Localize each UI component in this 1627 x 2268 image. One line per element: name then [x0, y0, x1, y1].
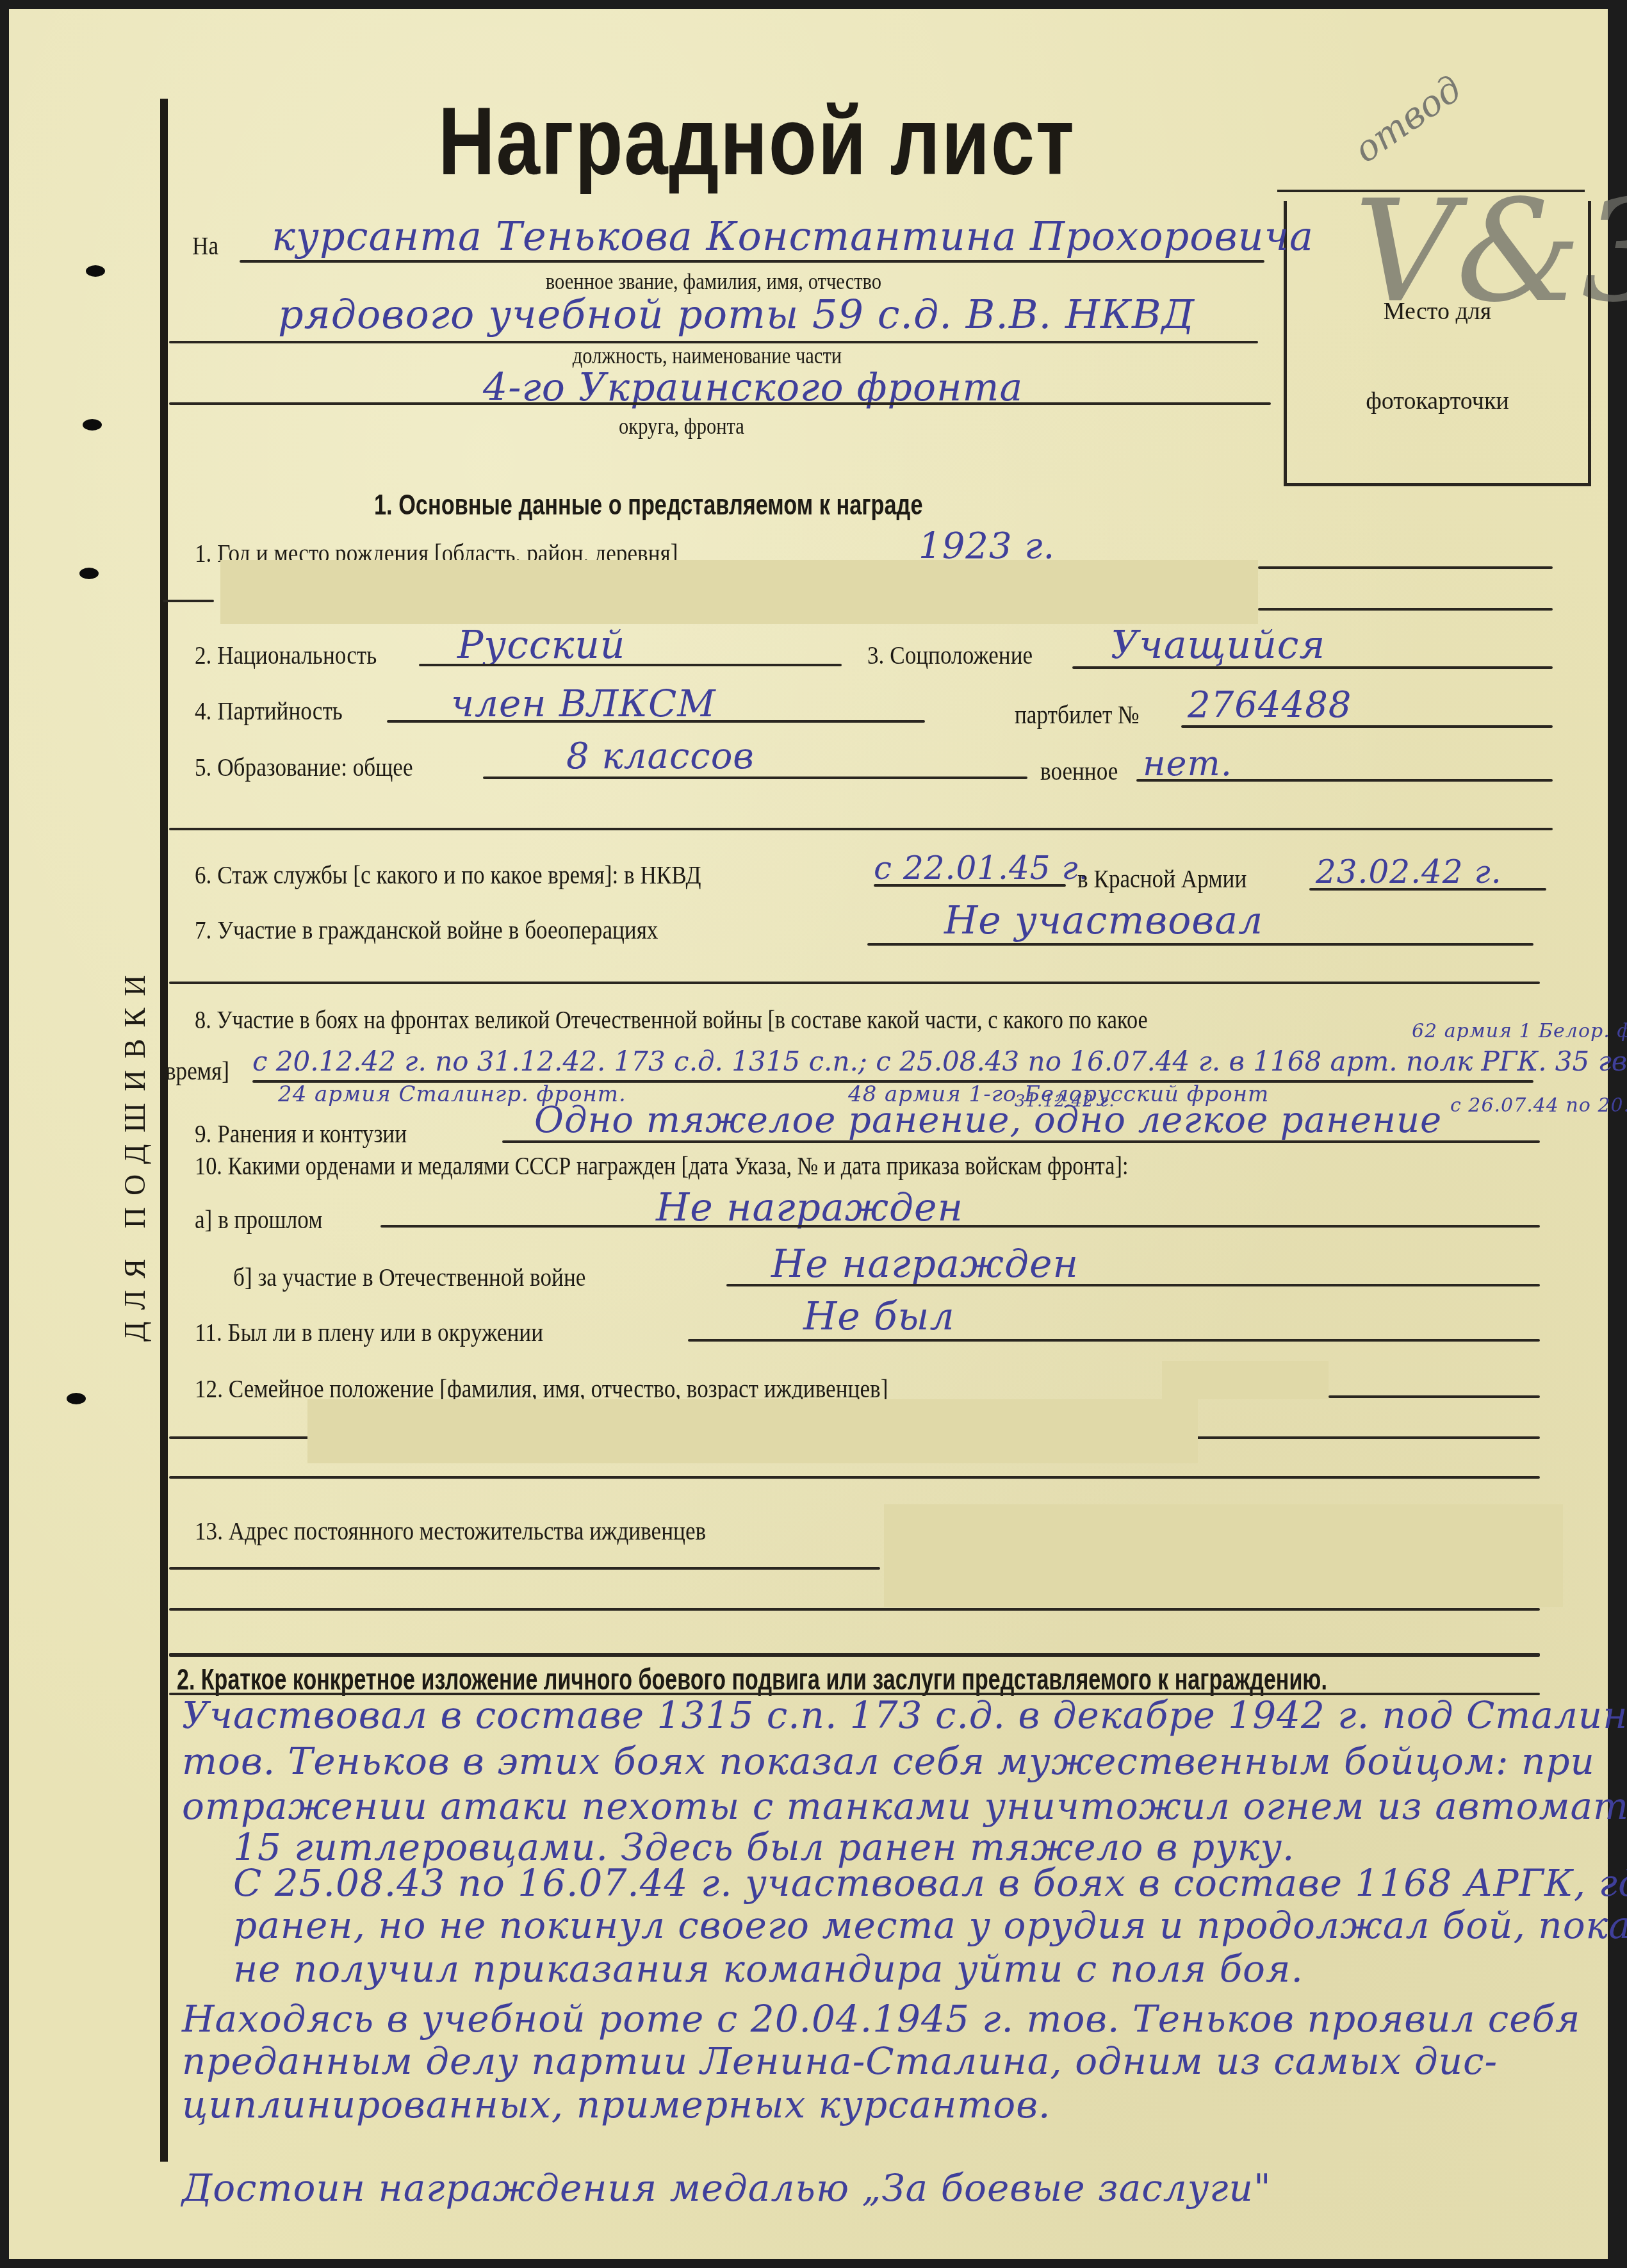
awards-label: 10. Какими орденами и медалями СССР нагр…: [195, 1152, 1128, 1181]
awards-past-value: Не награжден: [656, 1185, 963, 1230]
address-line-1: [169, 1567, 880, 1570]
binding-hole-1: [86, 265, 105, 277]
binding-hole-4: [67, 1393, 86, 1404]
redacted-birthplace: [220, 560, 1258, 624]
battles-note-d: с 26.07.44 по 20.04.45: [1450, 1094, 1627, 1117]
narrative-line: преданным делу партии Ленина-Сталина, од…: [182, 2042, 1498, 2080]
social-status-label: 3. Соцположение: [867, 640, 1033, 670]
service-army-label: в Красной Армии: [1077, 864, 1247, 894]
wounds-value: Одно тяжелое ранение, одно легкое ранени…: [534, 1099, 1442, 1141]
award-sheet: ДЛЯ ПОДШИВКИ Наградной лист отвод V&30 М…: [9, 9, 1608, 2259]
awards-past-label: а] в прошлом: [195, 1204, 322, 1235]
position-value: рядового учебной роты 59 с.д. В.В. НКВД: [278, 291, 1195, 338]
birth-line-1: [1258, 566, 1553, 569]
recipient-name-line: [240, 260, 1264, 263]
pencil-note: отвод: [1346, 68, 1469, 171]
redacted-family-2: [307, 1399, 1198, 1463]
party-value: член ВЛКСМ: [451, 682, 716, 725]
section2-top-rule: [169, 1653, 1540, 1657]
battles-label-line2: время]: [165, 1056, 229, 1086]
awards-war-label: б] за участие в Отечественной войне: [233, 1262, 585, 1292]
battles-label-line1: 8. Участие в боях на фронтах великой Оте…: [195, 1006, 1148, 1035]
service-nkvd-line: [874, 884, 1066, 887]
section2-heading: 2. Краткое конкретное изложение личного …: [177, 1662, 1327, 1697]
photo-placeholder-box: Место для фотокарточки: [1284, 201, 1591, 486]
party-card-line: [1181, 725, 1553, 728]
birth-line-3: [1258, 608, 1553, 611]
captivity-label: 11. Был ли в плену или в окружении: [195, 1317, 543, 1347]
education-military-line: [1136, 779, 1553, 782]
narrative-line: Участвовал в составе 1315 с.п. 173 с.д. …: [182, 1697, 1627, 1734]
narrative-line: тов. Теньков в этих боях показал себя му…: [182, 1743, 1595, 1780]
party-label: 4. Партийность: [195, 696, 343, 726]
social-status-line: [1072, 666, 1553, 669]
photo-placeholder-line1: Место для: [1287, 297, 1588, 325]
civil-war-label: 7. Участие в гражданской войне в боеопер…: [195, 915, 658, 945]
binding-rule: [160, 99, 168, 2162]
awards-past-line: [380, 1225, 1540, 1228]
captivity-line: [688, 1339, 1540, 1342]
battles-note-c: 62 армия 1 Белор. фр.: [1412, 1020, 1627, 1042]
awards-war-line: [726, 1284, 1540, 1286]
civil-war-line: [867, 943, 1533, 946]
battles-value: с 20.12.42 г. по 31.12.42. 173 с.д. 1315…: [252, 1046, 1627, 1077]
narrative-line: не получил приказания командира уйти с п…: [233, 1950, 1304, 1987]
nationality-value: Русский: [457, 623, 626, 668]
education-general-label: 5. Образование: общее: [195, 752, 413, 782]
address-line-2: [169, 1608, 1540, 1611]
section1-heading: 1. Основные данные о представляемом к на…: [374, 489, 922, 522]
narrative-line: Достоин награждения медалью „За боевые з…: [182, 2169, 1271, 2206]
service-army-line: [1309, 888, 1546, 891]
party-card-value: 2764488: [1188, 684, 1352, 726]
service-nkvd-label: 6. Стаж службы [с какого и по какое врем…: [195, 860, 701, 890]
narrative-line: С 25.08.43 по 16.07.44 г. участвовал в б…: [233, 1864, 1627, 1902]
narrative-line: 15 гитлеровцами. Здесь был ранен тяжело …: [233, 1828, 1295, 1866]
civil-war-line-2: [169, 982, 1540, 984]
narrative-line: отражении атаки пехоты с танками уничтож…: [182, 1787, 1627, 1825]
address-label: 13. Адрес постоянного местожительства иж…: [195, 1516, 706, 1546]
wounds-label: 9. Ранения и контузии: [195, 1119, 407, 1149]
service-nkvd-value: с 22.01.45 г.: [874, 850, 1090, 887]
education-general-value: 8 классов: [566, 735, 755, 777]
education-general-line: [483, 777, 1027, 779]
nationality-label: 2. Национальность: [195, 640, 377, 670]
binding-hole-2: [83, 419, 102, 431]
captivity-value: Не был: [803, 1294, 955, 1339]
header-prefix: На: [192, 231, 218, 261]
narrative-line: ранен, но не покинул своего места у оруд…: [233, 1907, 1627, 1944]
education-military-value: нет.: [1143, 743, 1232, 784]
civil-war-value: Не участвовал: [944, 898, 1263, 943]
document-title: Наградной лист: [438, 86, 1075, 197]
narrative-line: Находясь в учебной роте с 20.04.1945 г. …: [182, 2000, 1580, 2037]
family-line-1: [1329, 1395, 1540, 1398]
photo-placeholder-line2: фотокарточки: [1287, 387, 1588, 415]
education-military-label: военное: [1040, 756, 1118, 786]
social-status-value: Учащийся: [1111, 623, 1325, 668]
awards-war-value: Не награжден: [771, 1242, 1079, 1286]
photo-box-top-rule: [1277, 190, 1585, 192]
binding-hole-3: [79, 568, 99, 579]
wounds-date-note: 31.12.42 г.: [1015, 1092, 1115, 1111]
wounds-line: [502, 1140, 1540, 1143]
education-line-2: [169, 828, 1553, 830]
party-line: [387, 720, 925, 723]
front-line: [169, 402, 1271, 405]
binding-margin-label: ДЛЯ ПОДШИВКИ: [118, 964, 152, 1342]
redacted-address: [884, 1504, 1563, 1607]
front-caption: округа, фронта: [546, 413, 818, 440]
redacted-family-1: [1162, 1361, 1329, 1399]
narrative-line: циплинированных, примерных курсантов.: [182, 2086, 1051, 2123]
nationality-line: [419, 664, 842, 666]
party-card-label: партбилет №: [1015, 700, 1140, 730]
recipient-name-value: курсанта Тенькова Константина Прохорович…: [272, 213, 1314, 259]
family-line-3: [169, 1476, 1540, 1479]
birth-line-2: [163, 600, 214, 602]
service-army-value: 23.02.42 г.: [1316, 853, 1502, 891]
